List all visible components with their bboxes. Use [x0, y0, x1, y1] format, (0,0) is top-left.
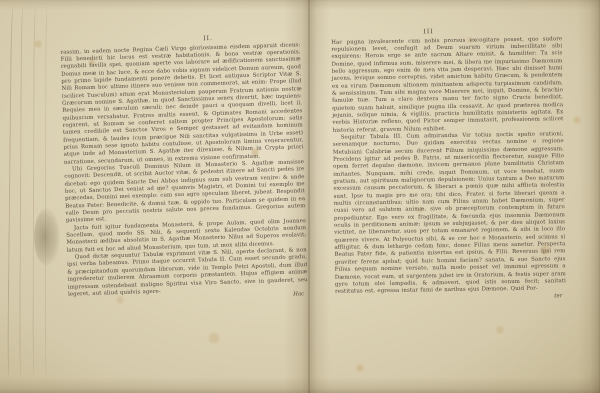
body-text-paragraph: Sequitur Tabula III. Cum admirandus Vir … — [333, 131, 567, 296]
right-page: III Hac pugna invalescente cum nobis pro… — [331, 26, 566, 303]
body-text-paragraph: rassim, in eadem nocte Regina Cæli Virgo… — [60, 42, 304, 167]
book-scan: II. rassim, in eadem nocte Regina Cæli V… — [0, 0, 600, 393]
body-text-paragraph: Hac pugna invalescente cum nobis prorsus… — [331, 36, 563, 135]
left-page: II. rassim, in eadem nocte Regina Cæli V… — [60, 32, 308, 306]
body-text-paragraph: Quod dictæ sequuntur Tabulæ exprimunt vi… — [67, 247, 308, 299]
body-text-paragraph: Ubi Gregorius Tusculi Dominus Nilum in M… — [64, 159, 306, 225]
